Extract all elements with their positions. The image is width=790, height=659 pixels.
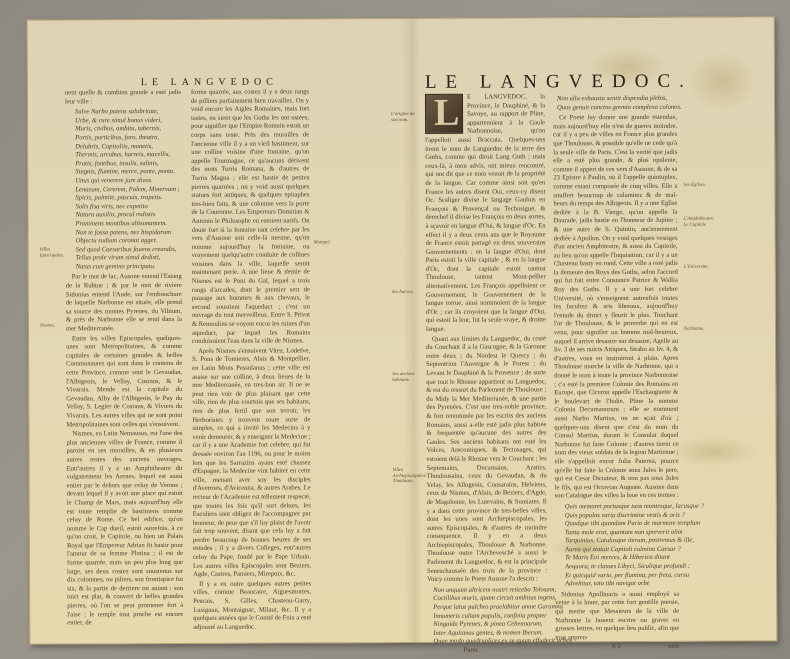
verse-line: Perque latus pulchro praelabitur amne Ga… [433, 603, 547, 612]
paragraph: Quant aux limites du Languedoc, du costé… [426, 335, 547, 585]
verse-line: Natus cum gemino principatu. [76, 263, 182, 272]
margin-note: Narbonne. [684, 327, 710, 333]
margin-note: Ses Eglises. [683, 183, 709, 189]
left-column-2: forme quarrée, aux costez il y a deux ra… [191, 88, 311, 633]
verse-line: Sed quod Caesaribus fauens creandis, [76, 246, 182, 255]
margin-note: Villes Episcopales. [40, 247, 66, 258]
margin-note: Ses bornes. [392, 290, 418, 296]
paragraph: Sidonius Apollinaris a aussi employé sa … [555, 591, 679, 643]
margin-note: L'Amphitheatre. Le Capitole. [684, 217, 710, 228]
verse-line: Tarquinius, Catulusque iterum, postremus… [565, 537, 679, 546]
verse-line: Advehitur, toto tibi navigat orbe [565, 580, 679, 589]
verse-line: Non te fossa patens, nec hispidarum [76, 228, 182, 237]
verse-line: Aequora, te classes Libyci, Siculique pr… [565, 563, 679, 572]
verse-line: Quis memoret portusque tuos montesque, l… [565, 503, 679, 512]
verse-line: Stagnis, flumine, merce, ponte, ponto. [75, 168, 181, 177]
initial-letter: L [434, 93, 460, 133]
verse-line: Pann. [433, 646, 547, 655]
latin-verse: Non ulla exhausta sentit dispendia plebi… [553, 95, 677, 113]
left-running-title: LE LANGVEDOC [141, 77, 278, 89]
paragraph: forme quarrée, aux costez il y a deux ra… [191, 88, 310, 346]
latin-verse: Non unquam altricem nostri reticebo Tolo… [427, 586, 547, 655]
paragraph: nent quelle & combien grande a esté jadi… [65, 89, 181, 107]
verse-line: Quos genuit cunctos gremio complexa colo… [557, 103, 677, 112]
margin-note: Montpel. [314, 240, 340, 246]
paragraph: Entre les villes Episcopales, quelques-u… [66, 335, 182, 430]
left-column-1: nent quelle & combien grande a esté jadi… [65, 89, 183, 629]
latin-verse: Salve Narbo potens salubritate, Urbe, & … [65, 108, 182, 272]
verse-line: Prominens montibus altisonantem. [76, 220, 182, 229]
verse-line: Quae modo quadruplices ex se quum effude… [433, 638, 547, 647]
margin-note: Nismes. [40, 323, 66, 329]
right-column-2: Non ulla exhausta sentit dispendia plebi… [553, 93, 679, 653]
paragraph: Après Nismes s'ensuivent Vitez, Lodefve,… [192, 347, 311, 580]
catchword: nent [668, 643, 679, 652]
decorated-initial: L [425, 94, 463, 134]
right-running-title: LE LANGVEDOC. [425, 71, 693, 94]
margin-note: L'Universite. [684, 265, 710, 271]
verse-line: Thermis, arcubus, horreis, macellis, [75, 151, 181, 160]
stain [687, 51, 757, 111]
signature-mark: X 2 [611, 643, 621, 652]
verse-line: Ninguida Pyrenes, & pinea Cebennarum, [433, 621, 547, 630]
verse-line: Lenaeum, Cererem, Palem, Minervam ; [75, 185, 181, 194]
margin-note: Villes Archiepiscopales. Thoulouse. [393, 468, 419, 485]
verse-line: Et quicquid vario, per flumina, per fret… [565, 571, 679, 580]
verse-line: Quodque tibi quondam Pario de marmore te… [565, 520, 679, 529]
stain [668, 436, 758, 466]
paragraph: Ce Poete luy donne une grande estendue, … [553, 114, 679, 501]
verse-line: Non ulla exhausta sentit dispendia plebi… [557, 95, 677, 104]
right-column-1: L E LANGVEDOC, la Province, le Dauphiné,… [425, 93, 547, 657]
paragraph: Nismes, en Latin Nemausus, est l'une des… [66, 430, 183, 628]
paragraph: Par le mot de lac, Ausone entend l'Estan… [66, 273, 182, 334]
latin-verse: Quis memoret portusque tuos montesque, l… [555, 503, 679, 589]
paragraph: Il y a en outre quelques autres petites … [193, 580, 311, 632]
margin-note: Ses anciens habitans. [392, 372, 418, 383]
book-spread: LE LANGVEDOC nent quelle & combien grand… [27, 16, 778, 644]
margin-note: L'origine du son nom. [391, 112, 417, 123]
